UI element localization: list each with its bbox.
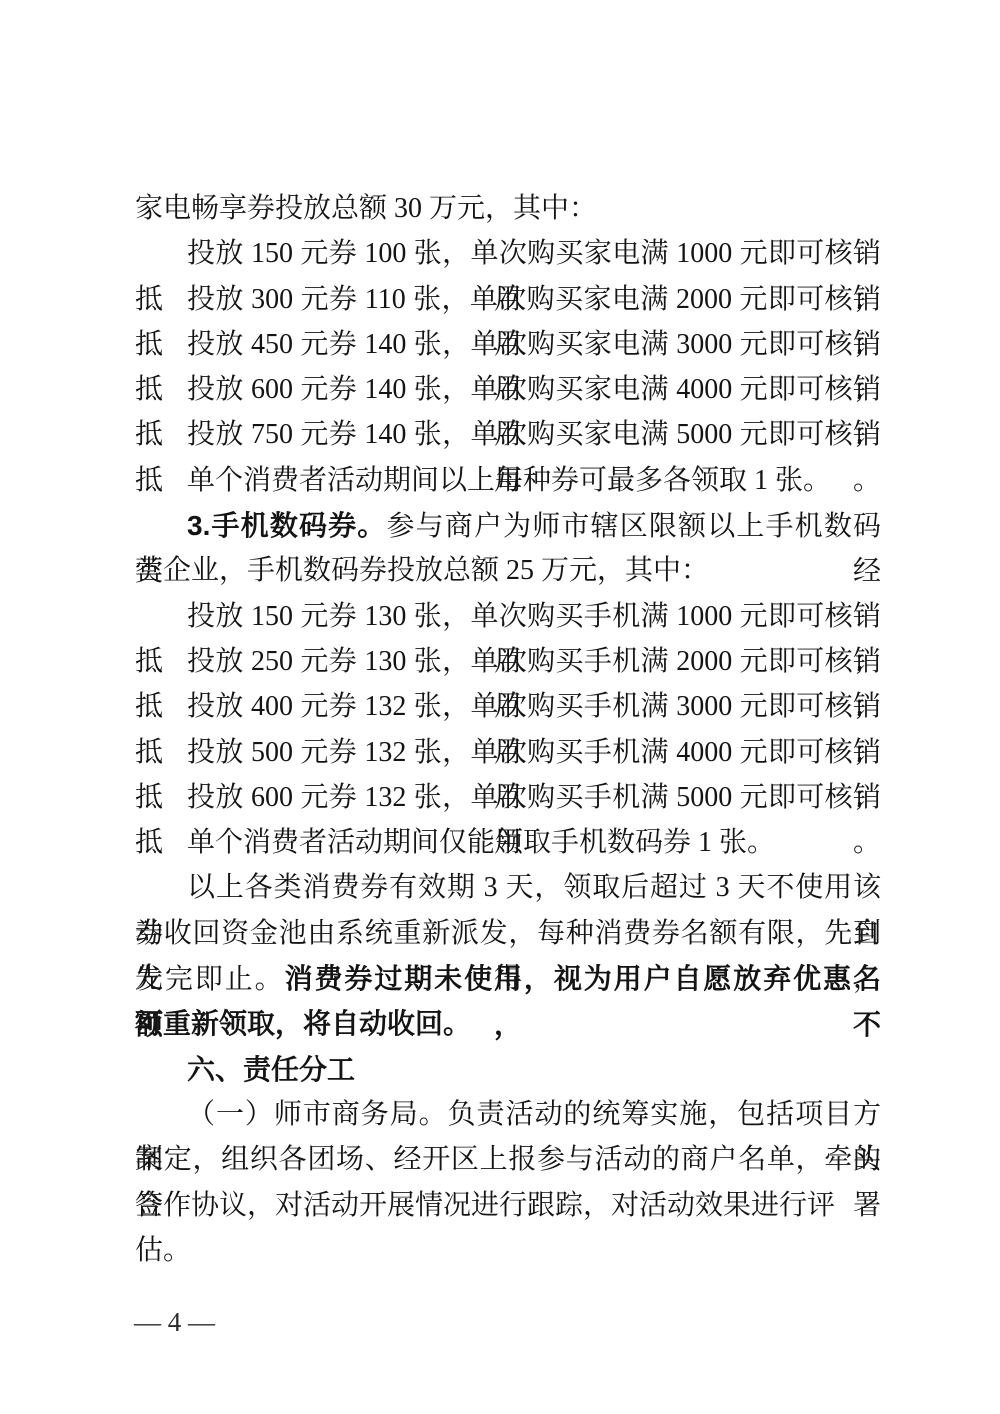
para-line: 以上各类消费券有效期 3 天，领取后超过 3 天不使用该券自 <box>135 865 881 910</box>
voucher-rule-line: 投放 450 元券 140 张，单次购买家电满 3000 元即可核销抵用； <box>135 322 881 367</box>
voucher-rule-line: 投放 300 元券 110 张，单次购买家电满 2000 元即可核销抵用； <box>135 277 881 322</box>
document-body: 家电畅享券投放总额 30 万元，其中： 投放 150 元券 100 张，单次购买… <box>135 186 881 1228</box>
voucher-rule-line: 投放 600 元券 132 张，单次购买手机满 5000 元即可核销抵用。 <box>135 775 881 820</box>
para-line: 单个消费者活动期间仅能领取手机数码券 1 张。 <box>135 820 881 865</box>
para-line: 单个消费者活动期间以上每种券可最多各领取 1 张。 <box>135 458 881 503</box>
voucher-rule-line: 投放 600 元券 140 张，单次购买家电满 4000 元即可核销抵用； <box>135 367 881 412</box>
document-page: 家电畅享券投放总额 30 万元，其中： 投放 150 元券 100 张，单次购买… <box>0 0 1000 1414</box>
para-line: 合作协议，对活动开展情况进行跟踪，对活动效果进行评估。 <box>135 1183 881 1228</box>
page-number: — 4 — <box>134 1305 215 1339</box>
para-line-mixed: 3.手机数码券。参与商户为师市辖区限额以上手机数码类经 <box>135 503 881 548</box>
para-line: 制定，组织各团场、经开区上报参与活动的商户名单，牵头签署 <box>135 1137 881 1182</box>
para-line: 动收回资金池由系统重新派发，每种消费券名额有限，先到先得， <box>135 911 881 956</box>
voucher-rule-line: 投放 500 元券 132 张，单次购买手机满 4000 元即可核销抵用； <box>135 730 881 775</box>
voucher-rule-line: 投放 750 元券 140 张，单次购买家电满 5000 元即可核销抵用。 <box>135 412 881 457</box>
section-heading: 六、责任分工 <box>135 1047 881 1092</box>
para-line: （一）师市商务局。负责活动的统筹实施，包括项目方案的 <box>135 1092 881 1137</box>
para-line-mixed: 发完即止。消费券过期未使用，视为用户自愿放弃优惠名额，不 <box>135 956 881 1001</box>
bold-run: 可重新领取，将自动收回。 <box>135 1008 471 1039</box>
voucher-rule-line: 投放 250 元券 130 张，单次购买手机满 2000 元即可核销抵用； <box>135 639 881 684</box>
voucher-rule-line: 投放 400 元券 132 张，单次购买手机满 3000 元即可核销抵用； <box>135 684 881 729</box>
normal-run: 发完即止。 <box>135 964 285 995</box>
bold-run: 3.手机数码券。 <box>187 510 386 541</box>
voucher-rule-line: 投放 150 元券 100 张，单次购买家电满 1000 元即可核销抵用； <box>135 231 881 276</box>
voucher-rule-line: 投放 150 元券 130 张，单次购买手机满 1000 元即可核销抵用； <box>135 594 881 639</box>
para-line: 家电畅享券投放总额 30 万元，其中： <box>135 186 881 231</box>
